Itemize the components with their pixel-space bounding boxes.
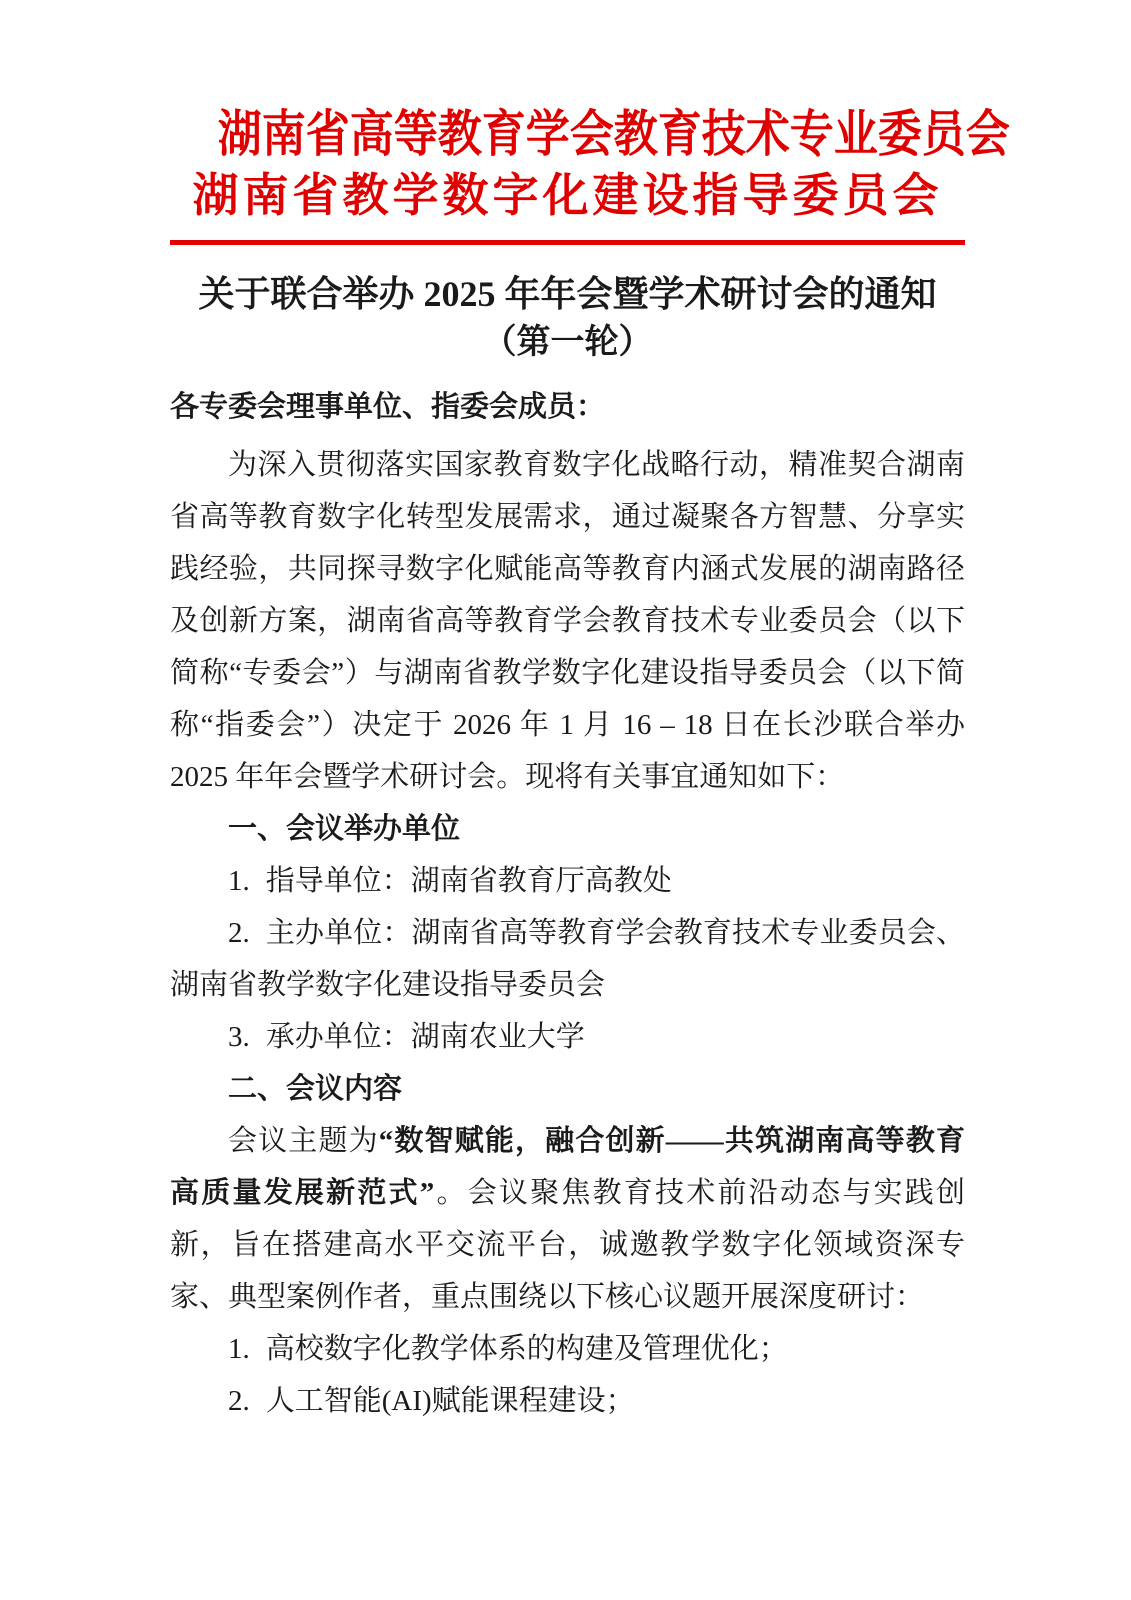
list-item-text: 主办单位：湖南省高等教育学会教育技术专业委员会、湖南省教学数字化建设指导委员会 bbox=[170, 917, 965, 1001]
salutation: 各专委会理事单位、指委会成员： bbox=[170, 381, 965, 433]
letterhead-org-line2: 湖南省教学数字化建设指导委员会 bbox=[170, 164, 965, 228]
list-item-text: 承办单位：湖南农业大学 bbox=[266, 1021, 585, 1053]
letterhead-rule bbox=[170, 240, 965, 245]
list-item: 3.承办单位：湖南农业大学 bbox=[170, 1011, 965, 1063]
document-title-main: 关于联合举办 2025 年年会暨学术研讨会的通知 bbox=[170, 269, 965, 319]
topic-item: 1.高校数字化教学体系的构建及管理优化； bbox=[170, 1323, 965, 1375]
topic-item-text: 高校数字化教学体系的构建及管理优化； bbox=[266, 1333, 788, 1365]
list-item-text: 指导单位：湖南省教育厅高教处 bbox=[266, 865, 672, 897]
topic-item-number: 1. bbox=[228, 1333, 250, 1365]
intro-paragraph: 为深入贯彻落实国家教育数字化战略行动，精准契合湖南省高等教育数字化转型发展需求，… bbox=[170, 439, 965, 803]
notice-document-page: 湖南省高等教育学会教育技术专业委员会 湖南省教学数字化建设指导委员会 关于联合举… bbox=[0, 0, 1131, 1600]
list-item-number: 3. bbox=[228, 1021, 250, 1053]
list-item: 2.主办单位：湖南省高等教育学会教育技术专业委员会、湖南省教学数字化建设指导委员… bbox=[170, 907, 965, 1011]
list-item: 1.指导单位：湖南省教育厅高教处 bbox=[170, 855, 965, 907]
list-item-number: 1. bbox=[228, 865, 250, 897]
topic-item-number: 2. bbox=[228, 1385, 250, 1417]
document-title-round: （第一轮） bbox=[170, 319, 965, 367]
topic-item: 2.人工智能(AI)赋能课程建设； bbox=[170, 1375, 965, 1427]
list-item-number: 2. bbox=[228, 917, 250, 949]
section-1-heading: 一、会议举办单位 bbox=[170, 803, 965, 855]
theme-prefix: 会议主题为 bbox=[228, 1125, 379, 1157]
document-title: 关于联合举办 2025 年年会暨学术研讨会的通知 （第一轮） bbox=[170, 269, 965, 367]
theme-paragraph: 会议主题为“数智赋能，融合创新——共筑湖南高等教育高质量发展新范式”。会议聚焦教… bbox=[170, 1115, 965, 1323]
letterhead-org-line1: 湖南省高等教育学会教育技术专业委员会 bbox=[218, 104, 918, 164]
section-2-heading: 二、会议内容 bbox=[170, 1063, 965, 1115]
letterhead: 湖南省高等教育学会教育技术专业委员会 湖南省教学数字化建设指导委员会 bbox=[170, 0, 965, 228]
document-content: 湖南省高等教育学会教育技术专业委员会 湖南省教学数字化建设指导委员会 关于联合举… bbox=[0, 0, 1131, 1427]
topic-item-text: 人工智能(AI)赋能课程建设； bbox=[266, 1385, 635, 1417]
